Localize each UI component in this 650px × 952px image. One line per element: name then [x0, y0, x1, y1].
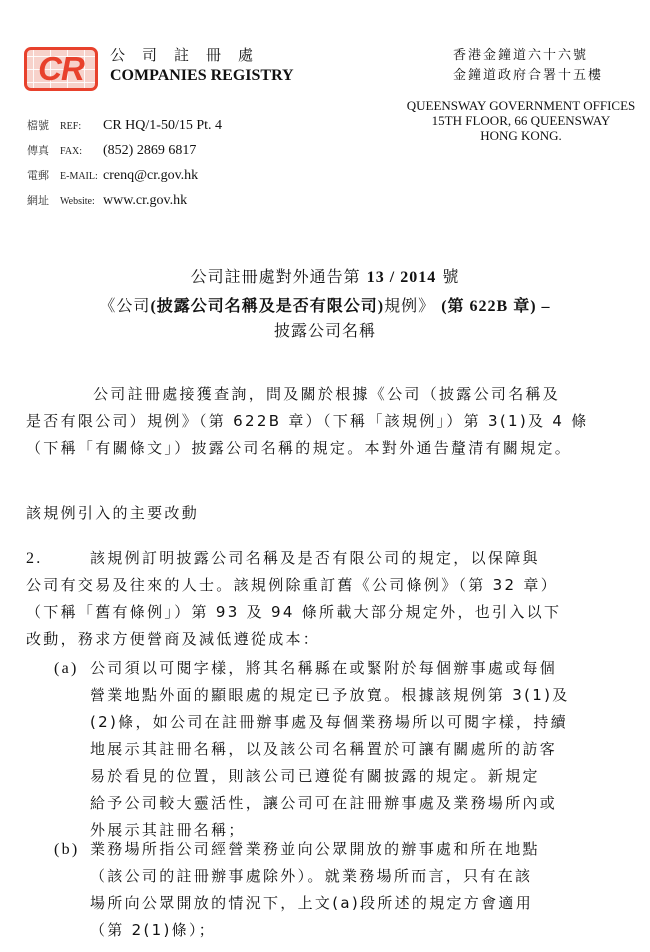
item-line: （第 2(1)條）； — [90, 917, 648, 944]
item-line: （該公司的註冊辦事處除外）。就業務場所而言，只有在該 — [90, 863, 648, 890]
meta-ref: 檔號 REF: CR HQ/1-50/15 Pt. 4 — [27, 117, 222, 142]
item-line: 場所向公眾開放的情況下，上文(a)段所述的規定方會適用 — [90, 890, 648, 917]
cr-logo: CR — [24, 47, 98, 91]
para2-line: 改動，務求方便營商及減低遵從成本： — [26, 626, 646, 653]
item-a: (a) 公司須以可閱字樣，將其名稱縣在或緊附於每個辦事處或每個 營業地點外面的顯… — [54, 655, 648, 844]
intro-line: 公司註冊處接獲查詢，問及關於根據《公司（披露公司名稱及 — [26, 381, 646, 408]
meta-label-en: E-MAIL: — [60, 171, 103, 182]
meta-label-zh: 傳真 — [27, 142, 60, 158]
item-line: 業務場所指公司經營業務並向公眾開放的辦事處和所在地點 — [90, 836, 648, 863]
address-zh-line: 金鐘道政府合署十五樓 — [453, 66, 603, 86]
meta-label-en: Website: — [60, 196, 103, 207]
meta-value: (852) 2869 6817 — [103, 143, 196, 159]
meta-label-zh: 電郵 — [27, 167, 60, 183]
notice-title-line2: 《公司(披露公司名稱及是否有限公司)規例》 (第 622B 章) – — [0, 293, 650, 316]
section-heading: 該規例引入的主要改動 — [26, 500, 199, 527]
org-name-en: COMPANIES REGISTRY — [110, 67, 294, 85]
para2-first-line: 2. 該規例訂明披露公司名稱及是否有限公司的規定，以保障與 — [26, 545, 646, 572]
title-text: 公司註冊處對外通告第 — [191, 267, 361, 286]
item-body: 業務場所指公司經營業務並向公眾開放的辦事處和所在地點 （該公司的註冊辦事處除外）… — [54, 836, 648, 944]
item-label: (b) — [54, 836, 80, 863]
chapter-ref: (第 622B 章) – — [441, 298, 550, 315]
item-label: (a) — [54, 655, 79, 682]
item-line: 公司須以可閱字樣，將其名稱縣在或緊附於每個辦事處或每個 — [90, 655, 648, 682]
title-text: (披露公司名稱及是否有限公司) — [150, 298, 384, 315]
meta-website: 網址 Website: www.cr.gov.hk — [27, 192, 222, 217]
title-text: 號 — [442, 267, 459, 286]
address-en-line: HONG KONG. — [404, 128, 638, 143]
notice-title-line3: 披露公司名稱 — [0, 318, 650, 341]
title-text: 《公司 — [99, 296, 150, 315]
address-zh: 香港金鐘道六十六號 金鐘道政府合署十五樓 — [453, 46, 603, 86]
item-line: 地展示其註冊名稱，以及該公司名稱置於可讓有關處所的訪客 — [90, 736, 648, 763]
item-line: 易於看見的位置，則該公司已遵從有關披露的規定。新規定 — [90, 763, 648, 790]
meta-fax: 傳真 FAX: (852) 2869 6817 — [27, 142, 222, 167]
item-b: (b) 業務場所指公司經營業務並向公眾開放的辦事處和所在地點 （該公司的註冊辦事… — [54, 836, 648, 944]
intro-paragraph: 公司註冊處接獲查詢，問及關於根據《公司（披露公司名稱及 是否有限公司）規例》（第… — [26, 381, 646, 462]
para-number: 2. — [26, 545, 43, 572]
intro-line: （下稱「有關條文」）披露公司名稱的規定。本對外通告釐清有關規定。 — [26, 435, 646, 462]
para2-line: 該規例訂明披露公司名稱及是否有限公司的規定，以保障與 — [26, 545, 646, 572]
address-zh-line: 香港金鐘道六十六號 — [453, 46, 603, 66]
item-body: 公司須以可閱字樣，將其名稱縣在或緊附於每個辦事處或每個 營業地點外面的顯眼處的規… — [54, 655, 648, 844]
meta-label-en: REF: — [60, 121, 103, 132]
notice-title-line1: 公司註冊處對外通告第 13 / 2014 號 — [0, 264, 650, 287]
meta-label-zh: 網址 — [27, 192, 60, 208]
paragraph-2: 2. 該規例訂明披露公司名稱及是否有限公司的規定，以保障與 公司有交易及往來的人… — [26, 545, 646, 653]
intro-line: 是否有限公司）規例》（第 622B 章）（下稱「該規例」）第 3(1)及 4 條 — [26, 408, 646, 435]
meta-value: CR HQ/1-50/15 Pt. 4 — [103, 118, 222, 134]
meta-label-zh: 檔號 — [27, 117, 60, 133]
logo-text: CR — [27, 50, 95, 88]
para2-line: 公司有交易及往來的人士。該規例除重訂舊《公司條例》（第 32 章） — [26, 572, 646, 599]
meta-value[interactable]: www.cr.gov.hk — [103, 193, 187, 209]
address-en: QUEENSWAY GOVERNMENT OFFICES 15TH FLOOR,… — [404, 98, 638, 143]
meta-label-en: FAX: — [60, 146, 103, 157]
address-en-line: QUEENSWAY GOVERNMENT OFFICES — [404, 98, 638, 113]
meta-email: 電郵 E-MAIL: crenq@cr.gov.hk — [27, 167, 222, 192]
meta-value[interactable]: crenq@cr.gov.hk — [103, 168, 198, 184]
contact-meta: 檔號 REF: CR HQ/1-50/15 Pt. 4 傳真 FAX: (852… — [27, 117, 222, 217]
item-line: (2)條，如公司在註冊辦事處及每個業務場所以可閱字樣，持續 — [90, 709, 648, 736]
item-line: 營業地點外面的顯眼處的規定已予放寬。根據該規例第 3(1)及 — [90, 682, 648, 709]
para2-line: （下稱「舊有條例」）第 93 及 94 條所載大部分規定外，也引入以下 — [26, 599, 646, 626]
org-name-zh: 公司註冊處 — [110, 44, 270, 65]
address-en-line: 15TH FLOOR, 66 QUEENSWAY — [404, 113, 638, 128]
title-text: 規例》 — [384, 296, 435, 315]
item-line: 給予公司較大靈活性，讓公司可在註冊辦事處及業務場所內或 — [90, 790, 648, 817]
notice-number: 13 / 2014 — [367, 269, 436, 286]
